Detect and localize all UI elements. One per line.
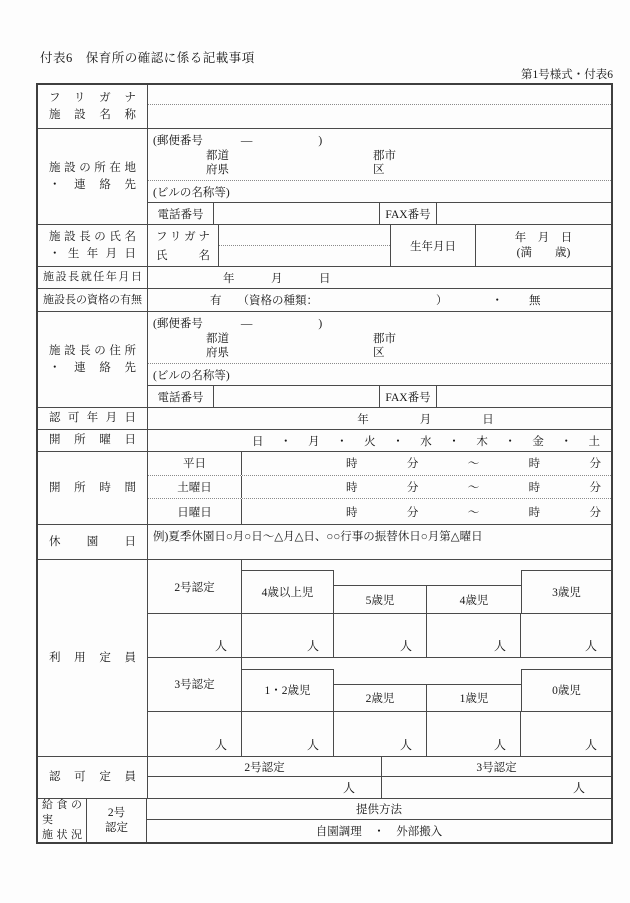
no3-category-cell: 3号認定	[148, 658, 242, 712]
qualification-field: 有 （資格の種類： ） ・ 無	[148, 289, 611, 311]
residence-prefecture-suffix: 都道府県	[206, 332, 229, 360]
opening-hours-label-cell: 開所時間	[38, 452, 148, 524]
prefecture-suffix: 都道府県	[206, 149, 229, 177]
director-name-section: 施設長の氏名 ・生年月日 フリガナ 氏名 生年月日 年 月 日	[38, 225, 611, 267]
location-address-field: (郵便番号—) 都道府県 郡市区	[148, 129, 611, 181]
residence-postal-line: (郵便番号—)	[153, 315, 322, 331]
open-days-field: 日・月・火・水・木・金・土	[242, 430, 610, 451]
open-days-section: 開所曜日 日・月・火・水・木・金・土	[38, 430, 611, 452]
residence-label-cell: 施設長の住所 ・連絡先	[38, 312, 148, 407]
fax-field	[437, 203, 611, 224]
residence-address-field: (郵便番号—) 都道府県 郡市区	[148, 312, 611, 364]
tel-label: 電話番号	[148, 203, 214, 224]
residence-city-suffix: 郡市区	[373, 332, 396, 360]
usage-capacity-section: 利用定員 2号認定 4歳以上児 5歳児 4歳児 3歳児 人 人 人 人 人	[38, 560, 611, 757]
approved-capacity-label-cell: 認可定員	[38, 757, 148, 798]
form-number-note: 第1号様式・付表6	[521, 66, 613, 82]
location-building-field: (ビルの名称等)	[148, 181, 611, 203]
facility-name-label: 施設名称	[49, 107, 136, 124]
no3-sub1-header: 2歳児	[334, 684, 427, 712]
facility-name-section: フリガナ 施設名称	[38, 85, 611, 129]
residence-fax-field	[437, 386, 611, 407]
director-furigana-field	[219, 225, 390, 246]
meals-no2-label-cell: 2号 認定	[87, 799, 147, 842]
facility-location-label-cell: 施設の所在地 ・連絡先	[38, 129, 148, 224]
fax-label: FAX番号	[380, 203, 437, 224]
no2-sub2-field: 人	[427, 614, 521, 658]
facility-furigana-field	[148, 85, 611, 105]
approved-no3-field: 人	[382, 777, 611, 798]
residence-tel-row: 電話番号 FAX番号	[148, 386, 611, 407]
meals-section: 給食の実 施状況 2号 認定 提供方法 自園調理 ・ 外部搬入	[38, 799, 611, 842]
approved-no3-header: 3号認定	[382, 757, 611, 776]
page-title: 付表6 保育所の確認に係る記載事項	[40, 48, 255, 66]
director-name-field	[219, 225, 391, 266]
approved-no2-field: 人	[148, 777, 382, 798]
no2-sub1-field: 人	[334, 614, 427, 658]
no2-group-header: 4歳以上児	[242, 570, 334, 614]
residence-tel-field	[214, 386, 380, 407]
facility-name-label-cell: フリガナ 施設名称	[38, 85, 148, 128]
no2-group-field: 人	[242, 614, 334, 658]
closed-days-example: 例)夏季休園日○月○日～△月△日、○○行事の振替休日○月第△曜日	[148, 525, 611, 547]
director-sub-labels: フリガナ 氏名	[148, 225, 219, 266]
meals-method-header: 提供方法	[147, 799, 611, 820]
director-name-label-cell: 施設長の氏名 ・生年月日	[38, 225, 148, 266]
hours-row-weekday: 平日 時分～時分	[148, 452, 611, 476]
facility-location-section: 施設の所在地 ・連絡先 (郵便番号—) 都道府県 郡市区 (ビルの名称等)	[38, 129, 611, 225]
open-days-label-cell: 開所曜日	[38, 430, 148, 451]
location-label-line1: 施設の所在地	[49, 160, 136, 177]
location-tel-row: 電話番号 FAX番号	[148, 203, 611, 224]
meals-method-options: 自園調理 ・ 外部搬入	[147, 820, 611, 842]
tel-field	[214, 203, 380, 224]
director-qualification-section: 施設長の資格の有無 有 （資格の種類： ） ・ 無	[38, 289, 611, 312]
hours-row-saturday: 土曜日 時分～時分	[148, 476, 611, 500]
hours-saturday-field: 時分～時分	[242, 476, 611, 499]
residence-tel-label: 電話番号	[148, 386, 214, 407]
no3-group-field: 人	[242, 712, 334, 757]
form-page: 付表6 保育所の確認に係る記載事項 第1号様式・付表6 フリガナ 施設名称 施設…	[0, 0, 630, 903]
approved-no2-header: 2号認定	[148, 757, 382, 776]
opening-hours-section: 開所時間 平日 時分～時分 土曜日 時分～時分 日曜日	[38, 452, 611, 525]
no2-sub1-header: 5歳児	[334, 585, 427, 614]
hours-sunday-field: 時分～時分	[242, 499, 611, 524]
no2-sub2-header: 4歳児	[427, 585, 521, 614]
no3-other-header: 0歳児	[521, 669, 611, 712]
closed-days-section: 休園日 例)夏季休園日○月○日～△月△日、○○行事の振替休日○月第△曜日	[38, 525, 611, 560]
director-residence-section: 施設長の住所 ・連絡先 (郵便番号—) 都道府県 郡市区 (ビルの名称等)	[38, 312, 611, 408]
no3-sub2-header: 1歳児	[427, 684, 521, 712]
no2-category-cell: 2号認定	[148, 560, 242, 614]
location-label-line2: ・連絡先	[49, 177, 136, 194]
meals-label-cell: 給食の実 施状況	[38, 799, 87, 842]
approval-date-label-cell: 認可年月日	[38, 408, 148, 429]
closed-days-label-cell: 休園日	[38, 525, 148, 559]
approval-date-section: 認可年月日 年 月 日	[38, 408, 611, 430]
tenure-label-cell: 施設長就任年月日	[38, 267, 148, 288]
no2-total-field: 人	[148, 614, 242, 658]
no3-group-header: 1・2歳児	[242, 669, 334, 712]
no2-other-header: 3歳児	[521, 570, 611, 614]
approved-capacity-section: 認可定員 2号認定 3号認定 人 人	[38, 757, 611, 799]
hours-weekday-field: 時分～時分	[242, 452, 611, 475]
postal-code-line: (郵便番号—)	[153, 132, 322, 148]
no3-other-field: 人	[521, 712, 611, 757]
city-ward-suffix: 郡市区	[373, 149, 396, 177]
no3-total-field: 人	[148, 712, 242, 757]
capacity-no2-block: 2号認定 4歳以上児 5歳児 4歳児 3歳児 人 人 人 人 人	[148, 560, 611, 658]
furigana-label: フリガナ	[49, 90, 136, 107]
no2-other-field: 人	[521, 614, 611, 658]
residence-fax-label: FAX番号	[380, 386, 437, 407]
birthdate-field: 年 月 日 (満 歳)	[476, 225, 611, 266]
usage-capacity-label-cell: 利用定員	[38, 560, 148, 756]
director-tenure-section: 施設長就任年月日 年 月 日	[38, 267, 611, 289]
no3-sub2-field: 人	[427, 712, 521, 757]
hours-row-sunday: 日曜日 時分～時分	[148, 499, 611, 524]
capacity-no3-block: 3号認定 1・2歳児 2歳児 1歳児 0歳児 人 人 人 人 人	[148, 658, 611, 757]
form-table: フリガナ 施設名称 施設の所在地 ・連絡先 (郵便番号—) 都道府県	[36, 83, 613, 844]
approval-date-field: 年 月 日	[242, 408, 610, 429]
birthdate-label: 生年月日	[391, 225, 476, 266]
tenure-date-field: 年 月 日	[148, 267, 611, 288]
residence-building-field: (ビルの名称等)	[148, 364, 611, 386]
no3-sub1-field: 人	[334, 712, 427, 757]
qualification-label-cell: 施設長の資格の有無	[38, 289, 148, 311]
facility-name-field	[148, 105, 611, 128]
